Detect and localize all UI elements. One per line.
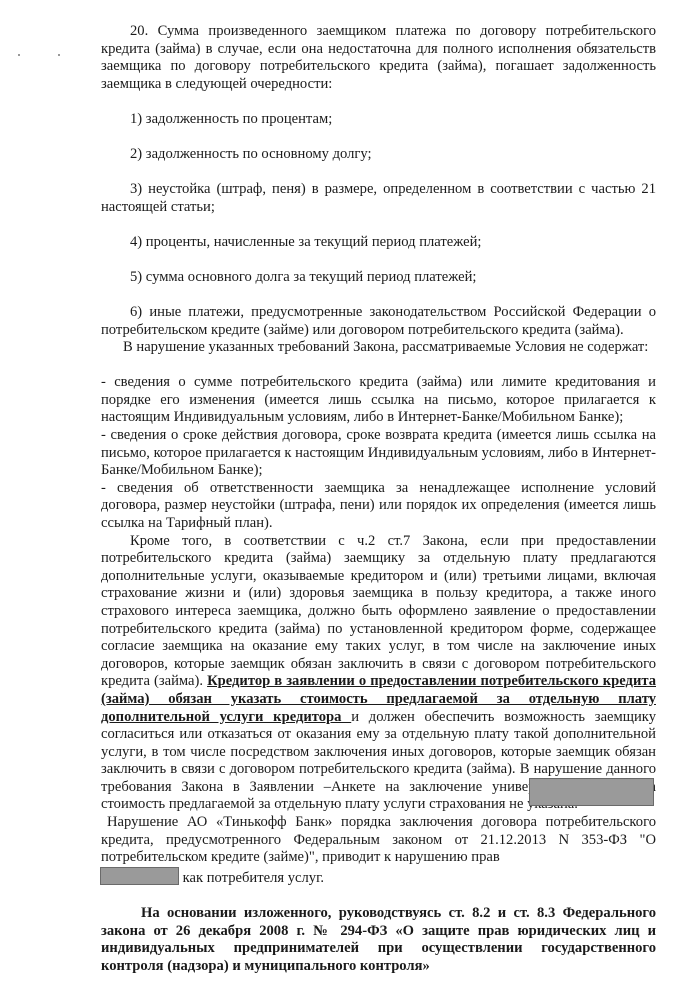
article7-paragraph: Кроме того, в соответствии с ч.2 ст.7 За… <box>101 533 656 815</box>
bullet-credit-sum: - сведения о сумме потребительского кред… <box>101 374 656 427</box>
list-item-3: 3) неустойка (штраф, пеня) в размере, оп… <box>101 181 656 216</box>
document-page: 20. Сумма произведенного заемщиком плате… <box>101 23 656 975</box>
paragraph-20-intro: 20. Сумма произведенного заемщиком плате… <box>101 23 656 93</box>
scan-artifact-dot <box>58 54 60 56</box>
list-item-5: 5) сумма основного долга за текущий пери… <box>101 269 656 287</box>
tinkoff-violation-paragraph: Нарушение АО «Тинькофф Банк» порядка зак… <box>101 814 656 887</box>
list-item-6: 6) иные платежи, предусмотренные законод… <box>101 304 656 339</box>
tinkoff-text-2: как потребителя услуг. <box>179 870 324 886</box>
conclusion-paragraph: На основании изложенного, руководствуясь… <box>101 905 656 975</box>
bullet-liability: - сведения об ответственности заемщика з… <box>101 480 656 533</box>
article7-text-1: Кроме того, в соответствии с ч.2 ст.7 За… <box>101 533 656 690</box>
violation-intro: В нарушение указанных требований Закона,… <box>101 339 656 357</box>
list-item-2: 2) задолженность по основному долгу; <box>101 146 656 164</box>
list-item-4: 4) проценты, начисленные за текущий пери… <box>101 234 656 252</box>
scan-artifact-dot <box>18 54 20 56</box>
redacted-name-block <box>529 778 654 806</box>
tinkoff-text-1: Нарушение АО «Тинькофф Банк» порядка зак… <box>101 814 656 865</box>
list-item-1: 1) задолженность по процентам; <box>101 111 656 129</box>
bullet-contract-term: - сведения о сроке действия договора, ср… <box>101 427 656 480</box>
redacted-name-block <box>100 867 179 885</box>
